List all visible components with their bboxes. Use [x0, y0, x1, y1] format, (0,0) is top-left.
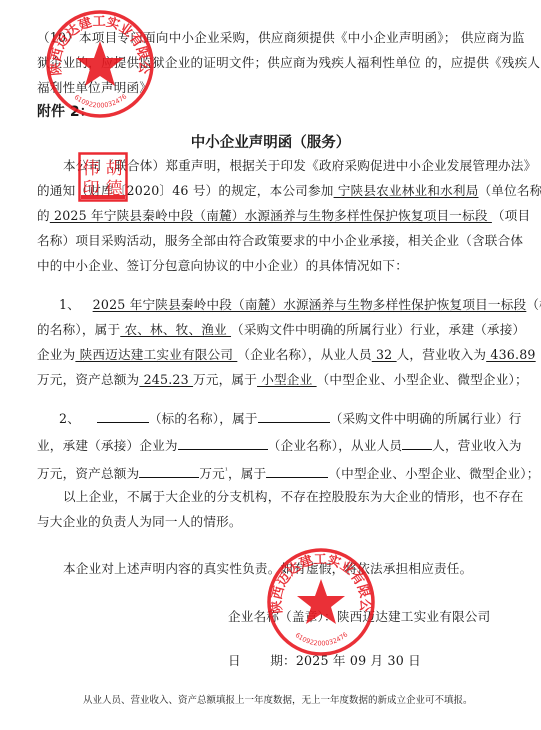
signature-company: 企业名称（盖章）：陕西迈达建工实业有限公司: [228, 609, 490, 625]
item1-industry-field: 农、林、牧、渔业: [120, 322, 231, 337]
item1-line-4: 万元，资产总额为 245.23 万元，属于 小型企业 （中型企业、小型企业、微型…: [37, 372, 528, 388]
item2-l2-mid: （企业名称），从业人员: [268, 438, 402, 453]
item1-l3-text: 企业为: [37, 347, 75, 362]
company-seal-label: 企业名称（盖章）：: [228, 609, 337, 624]
para1-line-4: 名称）项目采购活动，服务全部由符合政策要求的中小企业承接，相关企业（含联合体: [37, 233, 523, 249]
para1-line-2: 的通知（财库〔2020〕46 号）的规定，本公司参加 宁陕县农业林业和水利局（单…: [37, 183, 541, 199]
svg-text:61092200032476: 61092200032476: [294, 630, 350, 647]
para1-line-1: 本公司（联合体）郑重声明，根据关于印发《政府采购促进中小企业发展管理办法》: [63, 158, 536, 174]
item1-size-field: 小型企业: [257, 372, 317, 387]
purchaser-unit-field: 宁陕县农业林业和水利局: [334, 183, 479, 198]
intro-line-3: 福利性单位声明函》: [37, 80, 152, 96]
footnote: 从业人员、营业收入、资产总额填报上一年度数据，无上一年度数据的新成立企业可不填报…: [83, 692, 473, 706]
item1-l2-text: 的名称），属于: [37, 322, 120, 337]
para1-l2-text: 的通知（财库〔2020〕46 号）的规定，本公司参加: [37, 183, 334, 198]
project-name-field: 2025 年宁陕县秦岭中段（南麓）水源涵养与生物多样性保护恢复项目一标段: [50, 208, 492, 223]
item2-l2-text: 业，承建（承接）企业为: [37, 438, 178, 453]
item2-l3-mid: ，属于: [228, 466, 266, 481]
para1-l2-suffix: （单位名称）: [479, 183, 541, 198]
item1-staff-field: 32: [372, 347, 397, 362]
item2-assets-blank[interactable]: [139, 465, 199, 478]
item1-revenue-field: 436.89: [486, 347, 535, 362]
item1-line-3: 企业为 陕西迈达建工实业有限公司 （企业名称），从业人员 32 人，营业收入为 …: [37, 347, 536, 363]
para1-line-3: 的 2025 年宁陕县秦岭中段（南麓）水源涵养与生物多样性保护恢复项目一标段 （…: [37, 208, 530, 224]
item1-assets-field: 245.23: [139, 372, 193, 387]
item1-company-field: 陕西迈达建工实业有限公司: [75, 347, 237, 362]
date-label-day: 日: [228, 653, 241, 668]
item2-l3-suffix: （中型企业、小型企业、微型企业）；: [328, 466, 539, 481]
item2-staff-blank[interactable]: [402, 437, 432, 450]
item2-line-2: 业，承建（承接）企业为（企业名称），从业人员人，营业收入为: [37, 437, 522, 454]
para2-line-2: 与大企业的负责人为同一人的情形。: [37, 514, 242, 530]
para1-line-5: 中的中小企业、签订分包意向协议的中小企业）的具体情况如下：: [37, 258, 408, 274]
item1-l4-text: 万元，资产总额为: [37, 372, 139, 387]
signature-date: 日 期：2025 年 09 月 30 日: [228, 653, 421, 669]
item2-line-1: 2、 （标的名称），属于（采购文件中明确的所属行业）行: [59, 410, 522, 427]
intro-line-2: 狱企业的，应提供监狱企业的证明文件；供应商为残疾人福利性单位 的，应提供《残疾人: [37, 55, 540, 71]
item2-company-blank[interactable]: [178, 437, 268, 450]
page-title: 中小企业声明函（服务）: [0, 131, 541, 152]
item1-line-1: 1、 2025 年宁陕县秦岭中段（南麓）水源涵养与生物多样性保护恢复项目一标段（…: [59, 297, 541, 313]
item2-subject-blank[interactable]: [97, 410, 149, 423]
item1-l4-mid: 万元，属于: [193, 372, 257, 387]
item2-number: 2、: [59, 411, 80, 426]
item2-l2-suffix: 人，营业收入为: [432, 438, 522, 453]
item2-l3-unit: 万元: [199, 466, 225, 481]
svg-text:陕西迈达建工实业有限公司: 陕西迈达建工实业有限公司: [265, 546, 372, 614]
date-value: 2025 年 09 月 30 日: [296, 653, 421, 668]
para1-l3-suffix: （项目: [492, 208, 530, 223]
item2-line-3: 万元，资产总额为万元¹，属于（中型企业、小型企业、微型企业）；: [37, 463, 540, 482]
item2-l1-text: （标的名称），属于: [149, 411, 258, 426]
item2-industry-blank[interactable]: [258, 410, 330, 423]
item2-size-blank[interactable]: [266, 465, 328, 478]
item1-l4-suffix: （中型企业、小型企业、微型企业）；: [317, 372, 528, 387]
item1-l1-suffix: （标: [526, 297, 541, 312]
item1-subject-field: 2025 年宁陕县秦岭中段（南麓）水源涵养与生物多样性保护恢复项目一标段: [93, 297, 527, 312]
annex-label: 附件 2：: [37, 101, 94, 121]
item2-l3-text: 万元，资产总额为: [37, 466, 139, 481]
para1-l3-prefix: 的: [37, 208, 50, 223]
item1-l3-revenue-label: 人，营业收入为: [397, 347, 487, 362]
item1-number: 1、: [59, 297, 80, 312]
para2-line-1: 以上企业，不属于大企业的分支机构，不存在控股股东为大企业的情形，也不存在: [63, 489, 524, 505]
item1-l3-mid: （企业名称），从业人员: [237, 347, 371, 362]
item1-line-2: 的名称），属于 农、林、牧、渔业 （采购文件中明确的所属行业）行业，承建（承接）: [37, 322, 525, 338]
item2-l1-suffix: （采购文件中明确的所属行业）行: [330, 411, 522, 426]
company-seal-value: 陕西迈达建工实业有限公司: [337, 609, 491, 624]
responsibility-statement: 本企业对上述声明内容的真实性负责。如有虚假，将依法承担相应责任。: [63, 561, 472, 577]
item1-l2-suffix: （采购文件中明确的所属行业）行业，承建（承接）: [231, 322, 525, 337]
date-label: 期：: [270, 653, 296, 668]
intro-line-1: （10）本项目专门面向中小企业采购，供应商须提供《中小企业声明函》； 供应商为监: [37, 30, 525, 46]
